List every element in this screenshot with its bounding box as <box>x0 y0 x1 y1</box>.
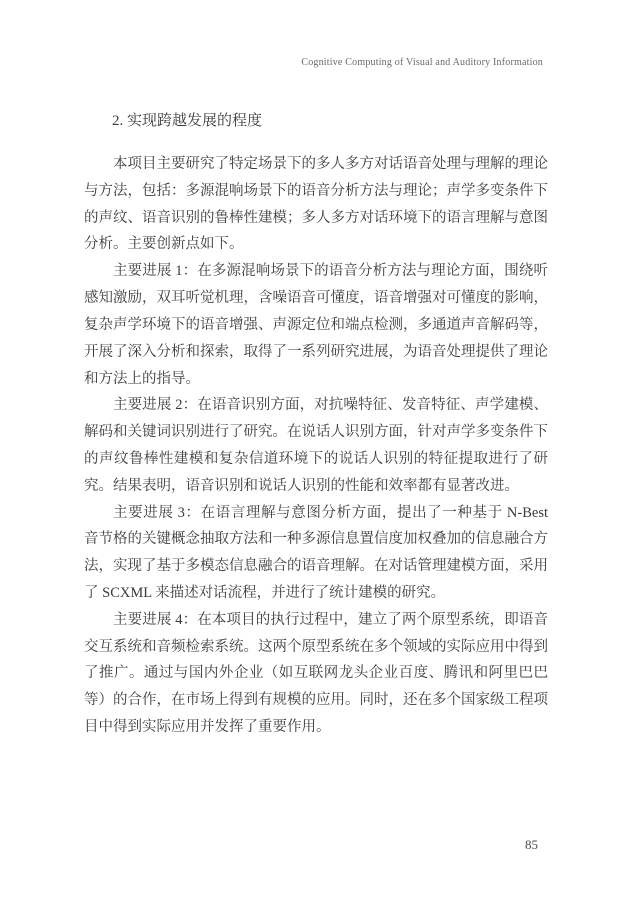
body-paragraph-1: 本项目主要研究了特定场景下的多人多方对话语音处理与理解的理论与方法，包括：多源混… <box>84 151 548 258</box>
body-paragraph-4: 主要进展 3：在语言理解与意图分析方面，提出了一种基于 N-Best 音节格的关… <box>84 500 548 607</box>
page-number: 85 <box>525 837 538 853</box>
body-paragraph-5: 主要进展 4：在本项目的执行过程中，建立了两个原型系统，即语音交互系统和音频检索… <box>84 607 548 741</box>
body-paragraph-2: 主要进展 1：在多源混响场景下的语音分析方法与理论方面，围绕听感知激励，双耳听觉… <box>84 258 548 392</box>
body-paragraph-3: 主要进展 2：在语音识别方面，对抗噪特征、发音特征、声学建模、解码和关键词识别进… <box>84 392 548 499</box>
running-header: Cognitive Computing of Visual and Audito… <box>301 57 543 69</box>
section-heading: 2. 实现跨越发展的程度 <box>112 111 262 131</box>
document-page: Cognitive Computing of Visual and Audito… <box>0 0 643 908</box>
body-text: 本项目主要研究了特定场景下的多人多方对话语音处理与理解的理论与方法，包括：多源混… <box>84 151 548 741</box>
